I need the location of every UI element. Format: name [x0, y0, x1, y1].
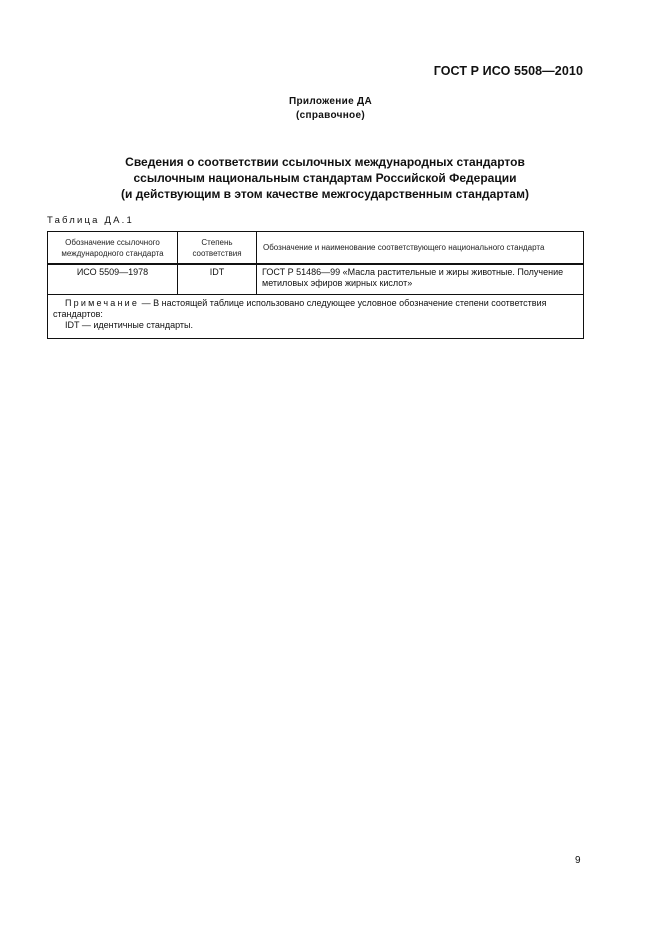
title-line-1: Сведения о соответствии ссылочных междун…	[0, 154, 650, 170]
table-note-row: Примечание — В настоящей таблице использ…	[48, 295, 584, 339]
page-number: 9	[575, 855, 581, 866]
header-national-standard: Обозначение и наименование соответствующ…	[257, 232, 584, 265]
cell-intl-standard: ИСО 5509—1978	[48, 264, 178, 295]
appendix-type: (справочное)	[0, 109, 661, 123]
table-row: ИСО 5509—1978 IDT ГОСТ Р 51486—99 «Масла…	[48, 264, 584, 295]
title-line-2: ссылочным национальным стандартам Россий…	[0, 170, 650, 186]
header-degree: Степень соответствия	[178, 232, 257, 265]
appendix-heading: Приложение ДА (справочное)	[0, 95, 661, 123]
note-lead: Примечание	[65, 298, 139, 308]
table-caption: Таблица ДА.1	[47, 215, 134, 226]
appendix-label: Приложение ДА	[0, 95, 661, 109]
cell-degree: IDT	[178, 264, 257, 295]
cell-national-standard: ГОСТ Р 51486—99 «Масла растительные и жи…	[257, 264, 584, 295]
table-note: Примечание — В настоящей таблице использ…	[48, 295, 584, 339]
title-line-3: (и действующим в этом качестве межгосуда…	[0, 186, 650, 202]
header-intl-standard: Обозначение ссылочного международного ст…	[48, 232, 178, 265]
table-header-row: Обозначение ссылочного международного ст…	[48, 232, 584, 265]
correspondence-table: Обозначение ссылочного международного ст…	[47, 231, 584, 339]
note-legend: IDT — идентичные стандарты.	[65, 320, 193, 330]
document-code: ГОСТ Р ИСО 5508—2010	[434, 64, 583, 78]
section-title: Сведения о соответствии ссылочных междун…	[0, 154, 650, 202]
